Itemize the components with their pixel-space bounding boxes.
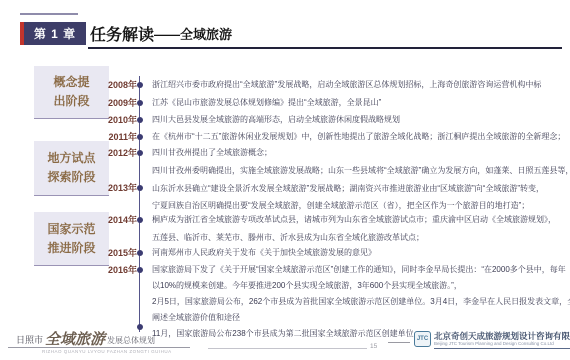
phase-box-local-pilot: 地方试点 探索阶段	[34, 141, 109, 196]
title-underline	[88, 47, 562, 49]
company-logo-icon: JTC	[414, 331, 431, 347]
company-name-cn: 北京奇创天成旅游规划设计咨询有限公司	[434, 331, 570, 341]
footer-left-underline	[8, 347, 190, 348]
timeline-dot	[137, 185, 143, 191]
chapter-label: 第 1 章	[34, 25, 76, 42]
timeline-entry: 浙江绍兴市委市政府提出“全域旅游”发展战略，启动全域旅游区总体规划招标，上海奇创…	[152, 80, 541, 90]
year-label-2008: 2008年	[104, 80, 137, 90]
project-logo-script: 全域旅游	[45, 328, 105, 349]
timeline-entry: 四川甘孜州委明确提出，实施全域旅游发展战略；山东一些县域将“全域旅游”确立为发展…	[152, 166, 570, 176]
year-label-2013: 2013年	[104, 183, 137, 193]
company-logo-block: JTC 北京奇创天成旅游规划设计咨询有限公司 Beijing JTC Touri…	[414, 331, 570, 349]
year-label-2010: 2010年	[104, 115, 137, 125]
year-label-2014: 2014年	[104, 215, 137, 225]
timeline-entry: 四川大邑县发展全域旅游的高端形态，启动全域旅游休闲度假战略规划	[152, 115, 400, 125]
phase-label: 出阶段	[53, 92, 89, 111]
timeline-dot	[137, 134, 143, 140]
phase-label: 国家示范	[47, 220, 95, 239]
timeline-entry: 五莲县、临沂市、莱芜市、滕州市、沂水县成为山东省全域化旅游改革试点；	[152, 233, 424, 243]
phase-box-national-demo: 国家示范 推进阶段	[34, 212, 109, 266]
timeline-entry: 宁夏回族自治区明确提出要“发展全域旅游，创建全域旅游示范区（省），把全区作为一个…	[152, 201, 529, 211]
timeline-entry: 江苏《昆山市旅游发展总体规划修编》提出“全域旅游，全景昆山”	[152, 98, 381, 108]
header-accent-line	[20, 13, 78, 15]
timeline-dot	[137, 117, 143, 123]
timeline-dot	[137, 217, 143, 223]
year-label-2016: 2016年	[104, 265, 137, 275]
page-title-main: 任务解读	[90, 22, 154, 45]
phase-label: 推进阶段	[47, 239, 95, 258]
timeline-dot	[137, 150, 143, 156]
year-label-2009: 2009年	[104, 98, 137, 108]
timeline-entry: 河南郑州市人民政府关于发布《关于加快全域旅游发展的意见》	[152, 248, 376, 258]
company-text: 北京奇创天成旅游规划设计咨询有限公司 Beijing JTC Tourism P…	[434, 331, 570, 349]
year-label-2012: 2012年	[104, 148, 137, 158]
page-title: 任务解读 ——全域旅游	[90, 21, 232, 45]
timeline-dot	[137, 267, 143, 273]
timeline-entry: 2月5日，国家旅游局公布，262个市县成为首批国家全域旅游示范区创建单位。3月4…	[152, 297, 570, 307]
timeline-entry: 在《杭州市“十二五”旅游休闲业发展规划》中，创新性地提出了旅游全域化战略；浙江桐…	[152, 132, 565, 142]
slide: 第 1 章 任务解读 ——全域旅游 概念提 出阶段 地方试点 探索阶段 国家示范…	[0, 0, 570, 360]
timeline-entry: 四川甘孜州提出了全域旅游概念；	[152, 148, 272, 158]
timeline-entry: 桐庐成为浙江省全域旅游专项改革试点县，诸城市列为山东省全域旅游试点市；重庆渝中区…	[152, 215, 556, 225]
phase-label: 探索阶段	[47, 168, 95, 187]
timeline-dot	[137, 250, 143, 256]
timeline-entry: 阐述全域旅游价值和途径	[152, 313, 240, 323]
phase-label: 地方试点	[47, 149, 95, 168]
phase-label: 概念提	[53, 73, 89, 92]
year-label-2011: 2011年	[104, 132, 137, 142]
footer-dash	[388, 342, 410, 343]
project-logo: 日照市 全域旅游 发展总体规划	[16, 328, 155, 349]
timeline-entry: 以10%的规模来创建。今年要推进200个县实现全域旅游，3年600个县实现全域旅…	[152, 281, 462, 291]
page-number: 15	[370, 343, 377, 350]
phase-box-concept: 概念提 出阶段	[34, 66, 109, 119]
timeline-dot	[137, 82, 143, 88]
footer-divider-line	[208, 348, 367, 349]
chapter-badge: 第 1 章	[20, 22, 86, 45]
year-label-2015: 2015年	[104, 248, 137, 258]
timeline-dot	[137, 100, 143, 106]
timeline-entry: 11月，国家旅游局公布238个市县成为第二批国家全域旅游示范区创建单位。	[152, 329, 422, 339]
timeline-entry: 国家旅游局下发了《关于开展“国家全域旅游示范区”创建工作的通知》，同时李金早局长…	[152, 265, 566, 275]
company-name-en: Beijing JTC Tourism Planning and Design …	[434, 341, 570, 349]
page-title-sub: ——全域旅游	[154, 24, 232, 43]
timeline-axis	[139, 76, 140, 332]
timeline-entry: 山东沂水县确立“建设全景沂水发展全域旅游”发展战略；湖南资兴市推进旅游业由“区域…	[152, 184, 544, 194]
project-logo-subtitle: RIZHAO QUANYU LVYOU FAZHAN ZONGTI GUIHUA	[42, 349, 172, 354]
